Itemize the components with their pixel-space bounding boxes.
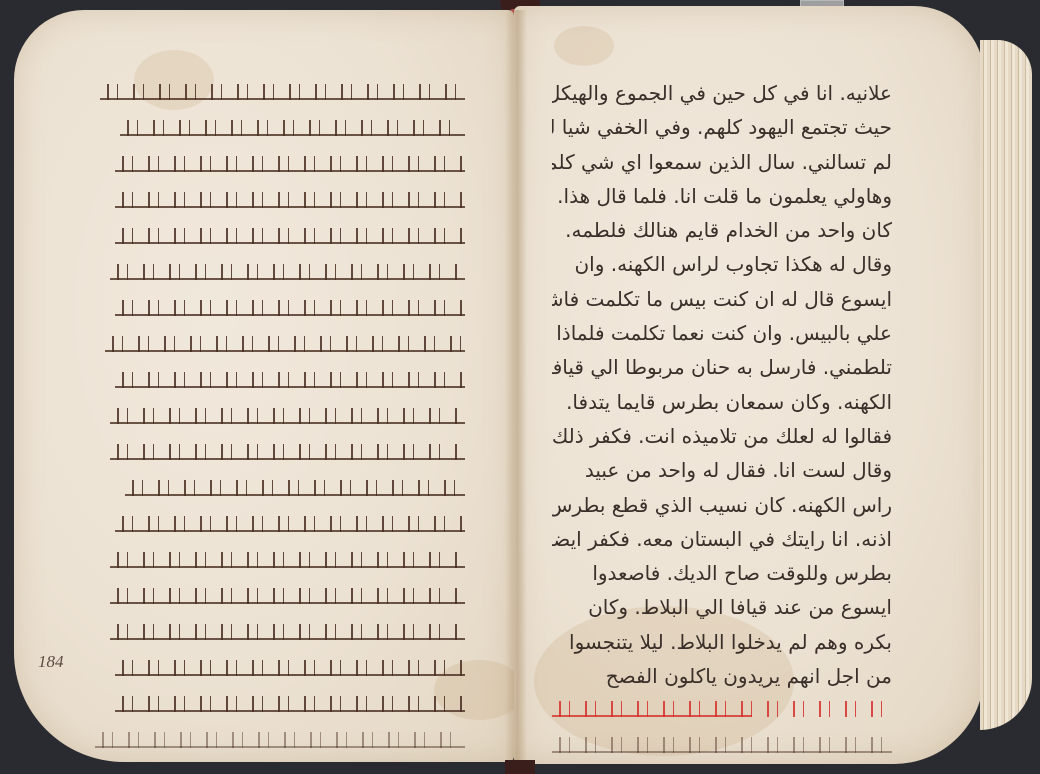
arabic-line-11: فقالوا له لعلك من تلاميذه انت. فكفر ذلك bbox=[552, 419, 892, 453]
syriac-line-4 bbox=[115, 184, 465, 220]
syriac-line-12 bbox=[125, 472, 465, 508]
arabic-line-3: لم تسالني. سال الذين سمعوا اي شي كلمتهم bbox=[552, 145, 892, 179]
page-edges bbox=[980, 40, 1032, 730]
arabic-line-12: وقال لست انا. فقال له واحد من عبيد bbox=[552, 453, 892, 487]
arabic-line-10: الكهنه. وكان سمعان بطرس قايما يتدفا. bbox=[552, 385, 892, 419]
arabic-line-1: علانيه. انا في كل حين في الجموع والهيكل bbox=[552, 76, 892, 110]
syriac-line-18 bbox=[115, 688, 465, 724]
syriac-line-8 bbox=[105, 328, 465, 364]
syriac-line-7 bbox=[115, 292, 465, 328]
manuscript-spread: 184 علانيه. انا في كل حين في الجموع واله… bbox=[0, 0, 1040, 774]
syriac-line-16 bbox=[110, 616, 465, 652]
syriac-line-5 bbox=[115, 220, 465, 256]
arabic-line-15: بطرس وللوقت صاح الديك. فاصعدوا bbox=[552, 556, 892, 590]
arabic-line-7: ايسوع قال له ان كنت بيس ما تكلمت فاشهد bbox=[552, 282, 892, 316]
syriac-line-14 bbox=[110, 544, 465, 580]
syriac-line-13 bbox=[115, 508, 465, 544]
syriac-line-11 bbox=[110, 436, 465, 472]
stain bbox=[554, 26, 614, 66]
arabic-line-14: اذنه. انا رايتك في البستان معه. فكفر ايض… bbox=[552, 522, 892, 556]
syriac-line-19 bbox=[95, 724, 465, 760]
arabic-line-17: بكره وهم لم يدخلوا البلاط. ليلا يتنجسوا bbox=[552, 625, 892, 659]
syriac-line-15 bbox=[110, 580, 465, 616]
arabic-line-16: ايسوع من عند قيافا الي البلاط. وكان bbox=[552, 590, 892, 624]
faded-syriac-line bbox=[552, 729, 892, 765]
syriac-line-3 bbox=[115, 148, 465, 184]
folio-number: 184 bbox=[38, 652, 64, 672]
right-page-text: علانيه. انا في كل حين في الجموع والهيكل … bbox=[552, 76, 892, 765]
arabic-line-13: راس الكهنه. كان نسيب الذي قطع بطرس bbox=[552, 488, 892, 522]
arabic-line-5: كان واحد من الخدام قايم هنالك فلطمه. bbox=[552, 213, 892, 247]
rubric-line bbox=[552, 693, 892, 729]
syriac-line-1 bbox=[100, 76, 465, 112]
gutter bbox=[505, 10, 527, 762]
syriac-line-9 bbox=[115, 364, 465, 400]
arabic-line-6: وقال له هكذا تجاوب لراس الكهنه. وان bbox=[552, 247, 892, 281]
arabic-line-2: حيث تجتمع اليهود كلهم. وفي الخفي شيا لم … bbox=[552, 110, 892, 144]
arabic-line-4: وهاولي يعلمون ما قلت انا. فلما قال هذا. bbox=[552, 179, 892, 213]
spine-bottom-binding bbox=[505, 760, 535, 774]
left-page-text bbox=[100, 76, 465, 760]
arabic-line-9: تلطمني. فارسل به حنان مربوطا الي قيافا ر… bbox=[552, 350, 892, 384]
syriac-line-17 bbox=[115, 652, 465, 688]
syriac-line-6 bbox=[110, 256, 465, 292]
syriac-line-10 bbox=[110, 400, 465, 436]
arabic-line-8: علي بالبيس. وان كنت نعما تكلمت فلماذا bbox=[552, 316, 892, 350]
syriac-line-2 bbox=[120, 112, 465, 148]
arabic-line-18: من اجل انهم يريدون ياكلون الفصح bbox=[552, 659, 892, 693]
